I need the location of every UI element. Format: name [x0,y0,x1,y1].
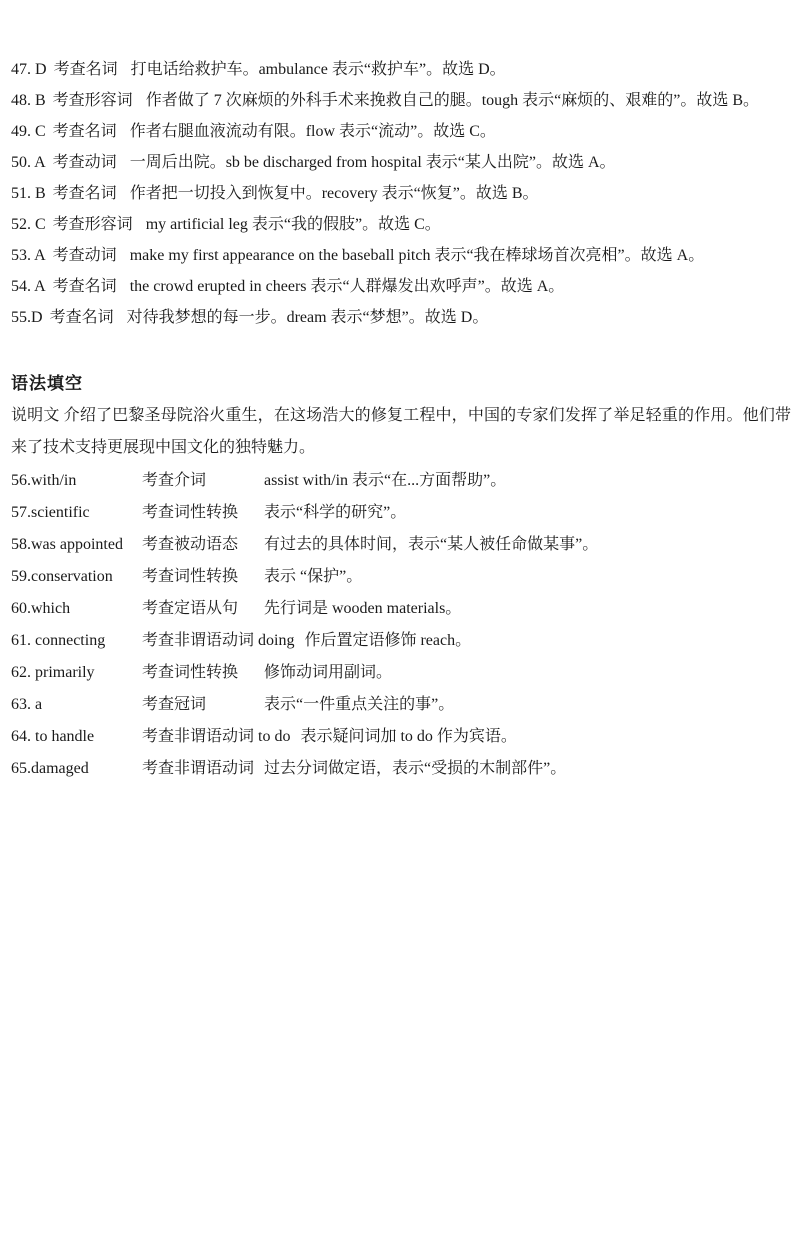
grammar-item: 60.which考查定语从句先行词是 wooden materials。 [11,593,792,625]
answer-label: 55.D [11,309,43,326]
grammar-item: 64. to handle考查非谓语动词 to do表示疑问词加 to do 作… [11,721,792,753]
answer-label: 57.scientific [11,497,142,529]
answer-label: 51. B [11,185,46,202]
test-point: 考查被动语态 [142,529,254,561]
test-point: 考查名词 [50,309,114,326]
answer-explanation: make my first appearance on the baseball… [130,247,705,264]
answer-explanation: 修饰动词用副词。 [264,657,392,689]
cloze-item: 48. B考查形容词作者做了 7 次麻烦的外科手术来挽救自己的腿。tough 表… [11,85,792,116]
answer-explanation: 对待我梦想的每一步。dream 表示“梦想”。故选 D。 [127,309,489,326]
answer-explanation: 作者做了 7 次麻烦的外科手术来挽救自己的腿。tough 表示“麻烦的、艰难的”… [146,92,759,109]
cloze-item: 51. B考查名词作者把一切投入到恢复中。recovery 表示“恢复”。故选 … [11,178,792,209]
test-point: 考查冠词 [142,689,254,721]
answer-explanation: 过去分词做定语，表示“受损的木制部件”。 [264,753,566,785]
cloze-item: 55.D考查名词对待我梦想的每一步。dream 表示“梦想”。故选 D。 [11,302,792,333]
test-point: 考查定语从句 [142,593,254,625]
test-point: 考查名词 [54,61,118,78]
test-point: 考查词性转换 [142,657,254,689]
answer-explanation: 表示疑问词加 to do 作为宾语。 [300,721,516,753]
cloze-item: 50. A考查动词一周后出院。sb be discharged from hos… [11,147,792,178]
cloze-item: 52. C考查形容词my artificial leg 表示“我的假肢”。故选 … [11,209,792,240]
answer-explanation: 一周后出院。sb be discharged from hospital 表示“… [130,154,616,171]
test-point: 考查介词 [142,465,254,497]
answer-label: 63. a [11,689,142,721]
answer-label: 64. to handle [11,721,142,753]
answer-label: 62. primarily [11,657,142,689]
test-point: 考查非谓语动词 to do [142,721,290,753]
answer-explanation: assist with/in 表示“在...方面帮助”。 [264,465,506,497]
answer-label: 56.with/in [11,465,142,497]
cloze-item: 53. A考查动词make my first appearance on the… [11,240,792,271]
section-intro: 说明文 介绍了巴黎圣母院浴火重生，在这场浩大的修复工程中，中国的专家们发挥了举足… [11,400,791,464]
answer-label: 65.damaged [11,753,142,785]
answer-explanation: 作者把一切投入到恢复中。recovery 表示“恢复”。故选 B。 [130,185,539,202]
test-point: 考查动词 [53,154,117,171]
test-point: 考查形容词 [53,216,133,233]
answer-key-document: 47. D考查名词打电话给救护车。ambulance 表示“救护车”。故选 D。… [0,0,800,1237]
test-point: 考查形容词 [53,92,133,109]
answer-explanation: 表示 “保护”。 [264,561,362,593]
answer-explanation: 表示“科学的研究”。 [264,497,406,529]
answer-explanation: 作后置定语修饰 reach。 [304,625,471,657]
answer-label: 54. A [11,278,46,295]
answer-label: 52. C [11,216,46,233]
answer-explanation: 表示“一件重点关注的事”。 [264,689,454,721]
answer-label: 53. A [11,247,46,264]
test-point: 考查词性转换 [142,497,254,529]
answer-label: 61. connecting [11,625,142,657]
test-point: 考查名词 [53,123,117,140]
grammar-answer-list: 56.with/in考查介词assist with/in 表示“在...方面帮助… [11,465,792,785]
test-point: 考查动词 [53,247,117,264]
grammar-item: 58.was appointed考查被动语态有过去的具体时间，表示“某人被任命做… [11,529,792,561]
answer-explanation: 有过去的具体时间，表示“某人被任命做某事”。 [264,529,598,561]
cloze-item: 54. A考查名词the crowd erupted in cheers 表示“… [11,271,792,302]
answer-label: 60.which [11,593,142,625]
grammar-item: 63. a考查冠词表示“一件重点关注的事”。 [11,689,792,721]
answer-label: 48. B [11,92,46,109]
answer-explanation: 打电话给救护车。ambulance 表示“救护车”。故选 D。 [131,61,506,78]
answer-label: 47. D [11,61,47,78]
answer-explanation: 先行词是 wooden materials。 [264,593,461,625]
section-heading: 语法填空 [11,372,792,396]
grammar-item: 57.scientific考查词性转换表示“科学的研究”。 [11,497,792,529]
cloze-item: 47. D考查名词打电话给救护车。ambulance 表示“救护车”。故选 D。 [11,54,792,85]
cloze-answer-list: 47. D考查名词打电话给救护车。ambulance 表示“救护车”。故选 D。… [11,54,792,333]
grammar-item: 61. connecting考查非谓语动词 doing作后置定语修饰 reach… [11,625,792,657]
answer-explanation: my artificial leg 表示“我的假肢”。故选 C。 [146,216,441,233]
cloze-item: 49. C考查名词作者右腿血液流动有限。flow 表示“流动”。故选 C。 [11,116,792,147]
test-point: 考查非谓语动词 [142,753,254,785]
test-point: 考查词性转换 [142,561,254,593]
answer-label: 58.was appointed [11,529,142,561]
answer-label: 59.conservation [11,561,142,593]
answer-label: 49. C [11,123,46,140]
grammar-item: 65.damaged考查非谓语动词过去分词做定语，表示“受损的木制部件”。 [11,753,792,785]
answer-explanation: 作者右腿血液流动有限。flow 表示“流动”。故选 C。 [130,123,496,140]
grammar-item: 56.with/in考查介词assist with/in 表示“在...方面帮助… [11,465,792,497]
grammar-item: 62. primarily考查词性转换修饰动词用副词。 [11,657,792,689]
test-point: 考查非谓语动词 doing [142,625,294,657]
test-point: 考查名词 [53,278,117,295]
test-point: 考查名词 [53,185,117,202]
answer-label: 50. A [11,154,46,171]
grammar-item: 59.conservation考查词性转换表示 “保护”。 [11,561,792,593]
answer-explanation: the crowd erupted in cheers 表示“人群爆发出欢呼声”… [130,278,565,295]
